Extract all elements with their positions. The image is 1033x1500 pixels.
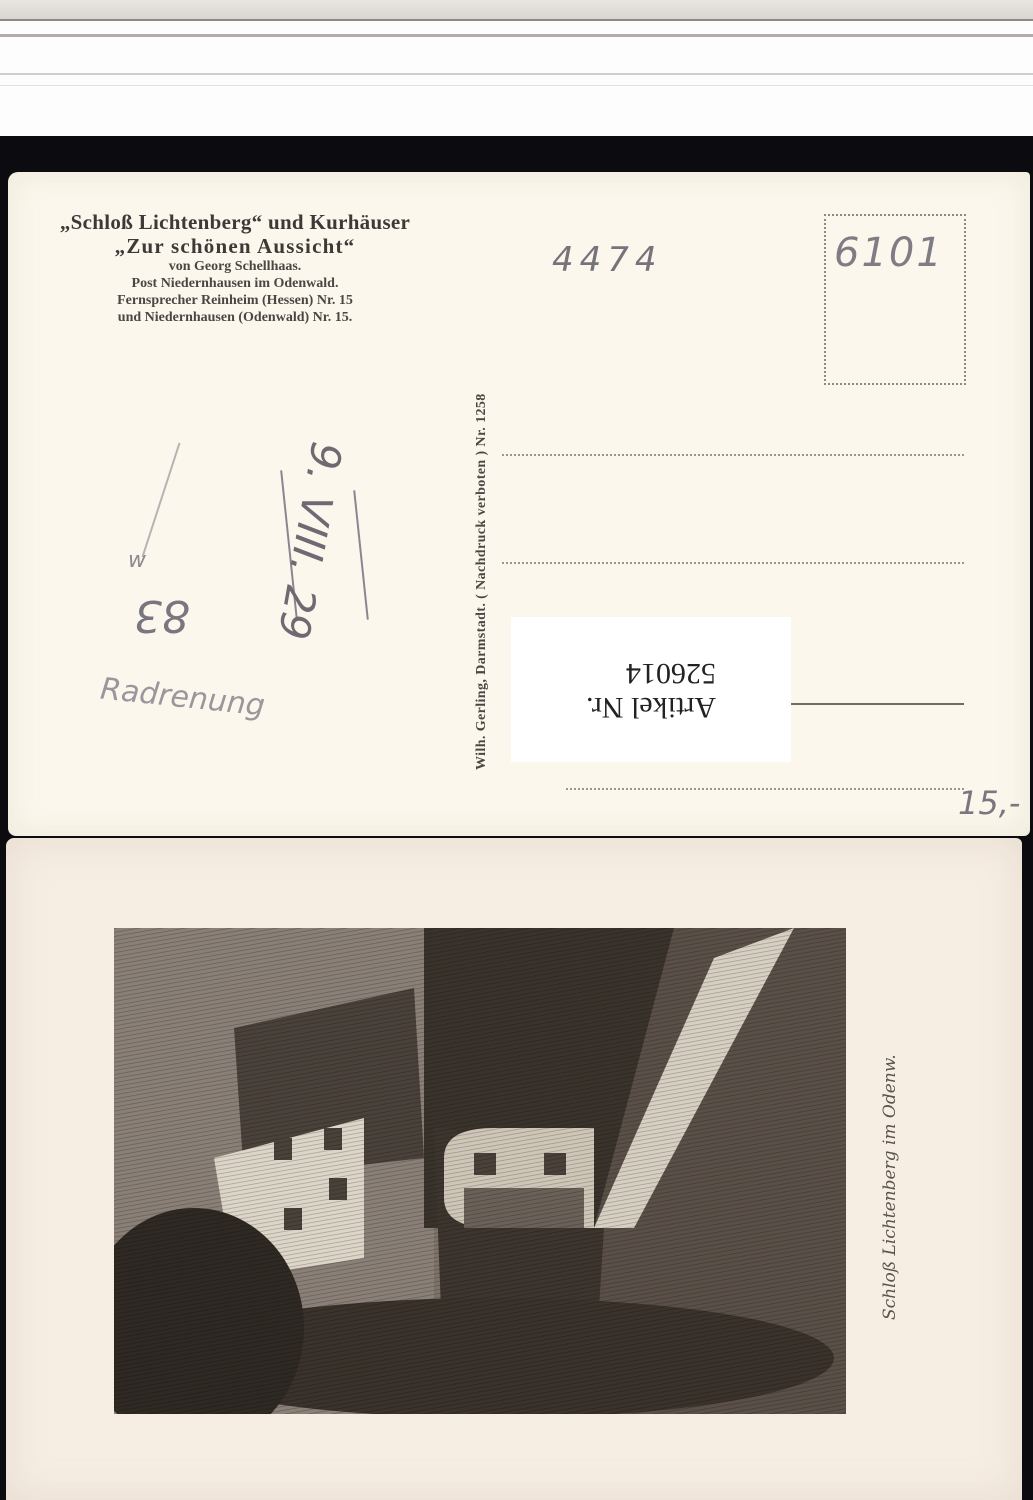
postcard-header: „Schloß Lichtenberg“ und Kurhäuser „Zur …	[20, 210, 450, 326]
article-label-text: Artikel Nr. 526014	[586, 656, 716, 724]
address-line	[776, 703, 964, 705]
article-number: 526014	[586, 656, 716, 690]
divider	[0, 73, 1033, 75]
castle-engraving	[114, 928, 846, 1414]
handwritten-number-83: 83	[134, 590, 190, 641]
divider	[0, 0, 1033, 20]
handwritten-price: 15,-	[958, 784, 1020, 822]
header-line-6: und Niedernhausen (Odenwald) Nr. 15.	[20, 309, 450, 326]
handwritten-mark: w	[128, 548, 146, 573]
article-label: Artikel Nr. 526014	[511, 617, 791, 762]
publisher-line: Wilh. Gerling, Darmstadt. ( Nachdruck ve…	[474, 393, 490, 770]
article-title: Artikel Nr.	[586, 690, 716, 724]
engraving-image	[114, 928, 846, 1414]
divider	[0, 19, 1033, 21]
divider	[0, 85, 1033, 86]
address-line	[502, 562, 964, 564]
header-line-1: „Schloß Lichtenberg“ und Kurhäuser	[20, 210, 450, 234]
top-band	[0, 0, 1033, 136]
header-line-4: Post Niedernhausen im Odenwald.	[20, 275, 450, 292]
handwritten-number: 4474	[552, 240, 663, 280]
illustration-caption: Schloß Lichtenberg im Odenw.	[880, 1054, 900, 1320]
header-line-2: „Zur schönen Aussicht“	[20, 234, 450, 258]
header-line-3: von Georg Schellhaas.	[20, 258, 450, 275]
handwritten-stamp-number: 6101	[834, 230, 944, 276]
address-line	[502, 454, 964, 456]
address-line	[566, 788, 964, 790]
divider	[0, 34, 1033, 37]
header-line-5: Fernsprecher Reinheim (Hessen) Nr. 15	[20, 292, 450, 309]
